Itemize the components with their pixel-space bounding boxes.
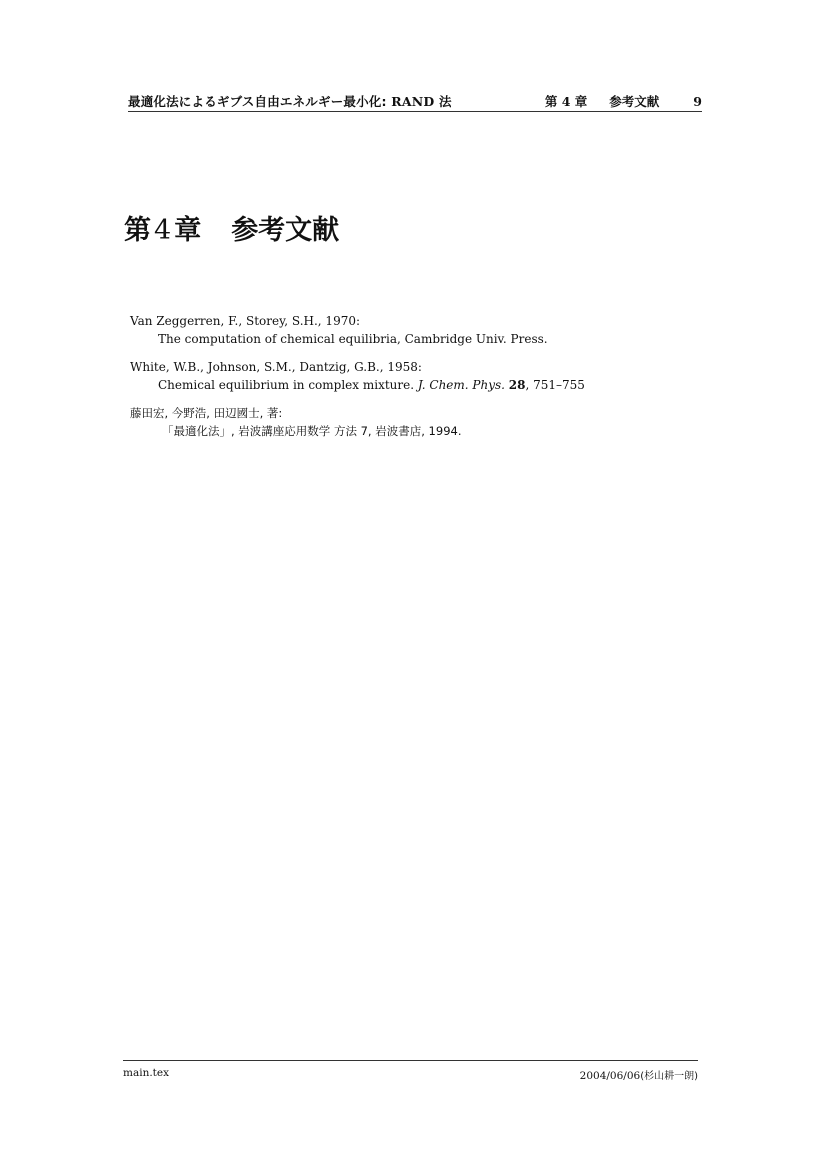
chapter-heading: 第4章参考文献 bbox=[124, 208, 339, 247]
reference-pages: , 751–755 bbox=[526, 378, 585, 392]
running-chapter-info: 第 4 章参考文献9 bbox=[545, 92, 702, 110]
reference-list: Van Zeggerren, F., Storey, S.H., 1970: T… bbox=[130, 312, 710, 450]
footer-filename: main.tex bbox=[123, 1067, 169, 1079]
reference-detail: 「最適化法」, 岩波講座応用数学 方法 7, 岩波書店, 1994. bbox=[130, 422, 710, 440]
reference-authors: Van Zeggerren, F., Storey, S.H., 1970: bbox=[130, 312, 710, 330]
reference-item: White, W.B., Johnson, S.M., Dantzig, G.B… bbox=[130, 358, 710, 394]
chapter-heading-number: 4 bbox=[154, 215, 171, 246]
reference-title: Chemical equilibrium in complex mixture. bbox=[158, 378, 418, 392]
reference-item: Van Zeggerren, F., Storey, S.H., 1970: T… bbox=[130, 312, 710, 348]
chapter-prefix: 第 bbox=[545, 94, 558, 109]
running-title-jp: 最適化法によるギブス自由エネルギー最小化: bbox=[128, 94, 391, 109]
chapter-number: 4 bbox=[562, 94, 571, 109]
footer-author: (杉山耕一朗) bbox=[640, 1071, 698, 1082]
running-section-title: 参考文献 bbox=[609, 94, 659, 109]
chapter-heading-suffix: 章 bbox=[174, 215, 201, 246]
reference-authors: 藤田宏, 今野浩, 田辺國士, 著: bbox=[130, 404, 710, 422]
reference-volume: 28 bbox=[509, 378, 526, 392]
document-page: 最適化法によるギブス自由エネルギー最小化: RAND 法 第 4 章参考文献9 … bbox=[0, 0, 826, 1169]
reference-journal: J. Chem. Phys. bbox=[418, 378, 505, 392]
running-title-roman: RAND bbox=[391, 94, 434, 109]
running-header: 最適化法によるギブス自由エネルギー最小化: RAND 法 第 4 章参考文献9 bbox=[128, 92, 702, 112]
running-title: 最適化法によるギブス自由エネルギー最小化: RAND 法 bbox=[128, 92, 452, 110]
running-title-suffix: 法 bbox=[434, 94, 451, 109]
reference-item: 藤田宏, 今野浩, 田辺國士, 著: 「最適化法」, 岩波講座応用数学 方法 7… bbox=[130, 404, 710, 440]
footer-date: 2004/06/06 bbox=[580, 1070, 641, 1082]
page-number: 9 bbox=[693, 94, 702, 109]
footer-date-author: 2004/06/06(杉山耕一朗) bbox=[580, 1067, 698, 1082]
reference-detail: Chemical equilibrium in complex mixture.… bbox=[130, 376, 710, 394]
chapter-heading-title: 参考文献 bbox=[231, 215, 339, 246]
chapter-suffix: 章 bbox=[575, 94, 588, 109]
running-chapter-label: 第 4 章 bbox=[545, 94, 587, 109]
reference-authors: White, W.B., Johnson, S.M., Dantzig, G.B… bbox=[130, 358, 710, 376]
chapter-heading-prefix: 第 bbox=[124, 215, 151, 246]
page-footer: main.tex 2004/06/06(杉山耕一朗) bbox=[123, 1060, 698, 1061]
reference-detail: The computation of chemical equilibria, … bbox=[130, 330, 710, 348]
